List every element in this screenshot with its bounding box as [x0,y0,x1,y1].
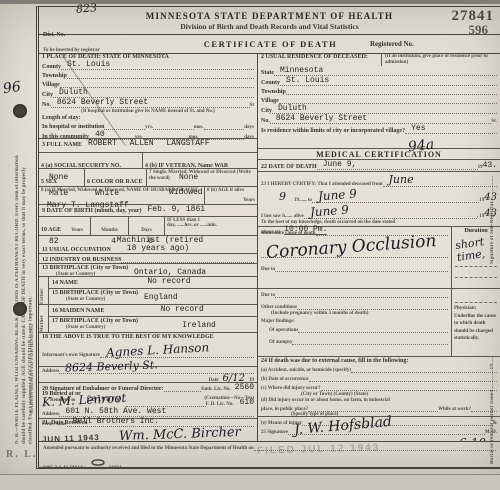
village-line [60,80,254,88]
date-received-label: 21. Date Received [42,420,87,426]
res-city-label: City [261,108,272,114]
age-years-cell: 10 AGE Years 82 [39,217,91,235]
res-city-value: Duluth [278,105,307,113]
sub-registrar-margin-label: Signature of Sub-Registrar..............… [490,64,499,264]
race-cell: 6 COLOR OR RACE White [85,169,147,186]
external-c-note: (City or Town) (County) (State) [301,392,368,397]
father-side-label-cell: Father [39,277,49,304]
date-received-stamp: JUN 11 1943 [42,433,100,441]
township-line [67,71,254,79]
right-column: 2 USUAL RESIDENCE OF DECEASED: (If an in… [258,53,500,441]
mother-section: Mother 16 MAIDEN NAME No record 17 BIRTH… [39,305,257,333]
form-header: MINNESOTA STATE DEPARTMENT OF HEALTH Div… [39,7,500,34]
marital-cell: 7 Single, Married, Widowed or Divorced (… [147,169,257,186]
other-conditions-label: Other conditions [261,305,297,310]
res-street-value: 8624 Beverly Street [276,115,367,123]
form-number: 6895-3-6-42-5M bks. [43,466,87,471]
mother-name-label: 16 MAIDEN NAME [52,308,104,314]
certificate-paper: N. B.—WRITE PLAINLY, WITH UNFADING BLACK… [0,4,500,474]
mother-side-label: Mother [40,305,47,332]
father-birthplace-sublabel: (State or Country) [66,297,105,302]
yrs-label: yrs. [145,125,153,130]
informant-section: 18 THE ABOVE IS TRUE TO THE BEST OF MY K… [39,333,257,367]
registrar-signature-line: Wm. McC. Bircher [100,427,254,441]
birthplace-value: Ontario, Canada [134,269,206,277]
printers-union-bug-icon [91,453,105,471]
handwritten-margin-number: 96 [2,79,22,97]
dob-label: 9 DATE OF BIRTH (month, day, year) [42,208,141,214]
knowledge-line: To the best of my knowledge, death occur… [261,220,395,225]
industry-section: 12 INDUSTRY OR BUSINESS [39,254,257,264]
physician-signature-label: 25 Signature [261,430,288,435]
mos-label: mos. [194,125,204,130]
external-d-label3: While at work? [438,407,471,412]
hospital-mos-line [153,122,194,130]
title-row: Dist. No. To be inserted by registrar CE… [39,34,500,54]
spouse-age-unit: Years [243,198,255,203]
community-years-value: 40 [95,131,105,139]
res-state-line: Minnesota [274,67,497,76]
registered-number-label: Registered No. [370,40,500,48]
village-label: Village [42,82,60,88]
punch-hole-top [13,104,27,118]
burial-section: 19 Buried at or Removed to Calvary Date … [39,367,257,383]
informant-signature: Agnes L. Hanson [105,340,209,359]
industry-line [121,255,254,263]
informant-heading: 18 THE ABOVE IS TRUE TO THE BEST OF MY K… [42,334,214,340]
external-heading: 24 If death was due to external cause, f… [261,358,408,364]
medical-certification-heading: MEDICAL CERTIFICATION [258,149,500,159]
birthplace-section: 13 BIRTHPLACE (City or Town) (State or C… [39,264,257,277]
physician-signature: J. W. Hofsblad [293,414,392,438]
mother-name-line: No record [104,306,254,314]
res-state-label: State [261,70,274,76]
emb-lic-line [164,384,202,392]
autopsy-line [292,337,448,345]
embalmer-address-label: Address [42,412,59,417]
dob-value: Feb. 9, 1861 [147,206,205,214]
age-less-cell: IF LESS than 1 day, ......hrs. or ......… [165,217,257,235]
spouse-age-label: 8 (b) AGE if alive [207,188,255,193]
certify-from-line: June [383,173,498,187]
cause-label: Immediate cause of death [261,231,316,236]
department-title: MINNESOTA STATE DEPARTMENT OF HEALTH [39,7,500,21]
dod-label: 22 DATE OF DEATH [261,164,317,170]
full-name-line: ROBERT ALLEN LANGSTAFF [82,140,254,148]
res-state-value: Minnesota [280,67,323,75]
res-limits-label: Is residence within limits of city or in… [261,128,405,134]
mother-birthplace-sublabel: (State or Country) [66,325,105,330]
county-line: St. Louis [61,61,254,70]
external-b-label: (b) Date of occurrence [261,377,309,382]
due-to-label-1: Due to [261,267,275,272]
residence-heading: 2 USUAL RESIDENCE OF DECEASED: [261,54,381,61]
res-county-value: St. Louis [286,77,329,85]
certify-from-month: June [389,173,414,186]
res-village-line [279,96,497,104]
spouse-section: 8 (a) If Married, Widowed or Divorced, N… [39,187,257,205]
date-received-section: 21. Date Received JUN 11 1943 Wm. McC. B… [39,419,257,441]
dod-value: June 9, [323,161,357,169]
mother-birthplace-value: Ireland [182,322,216,330]
length-of-stay-heading: Length of stay: [42,115,81,121]
res-county-line: St. Louis [280,77,497,86]
veteran-cell: 4 (b) IF VETERAN, Name WAR None [143,153,257,168]
external-c-label: (c) Where did injury occur? [261,386,321,391]
certify-to-date: June 9 [317,187,357,204]
emb-lic-label: Emb. Lic. No. [201,387,231,392]
spouse-age-cell: 8 (b) AGE if alive Years [205,187,257,204]
hospital-days-line [204,122,245,130]
res-no-label: No. [261,118,270,124]
external-a-line [351,365,497,373]
operations-line [298,325,448,333]
father-side-label: Father [40,277,47,304]
res-limits-line: Yes [405,125,497,134]
race-label: 6 COLOR OR RACE [87,179,143,185]
operations-label: Of operations [269,328,298,333]
ssn-cell: 4 (a) SOCIAL SECURITY NO. None [39,153,143,168]
left-column: 1 PLACE OF DEATH: STATE OF MINNESOTA Cou… [39,53,258,441]
spouse-label: 8 (a) If Married, Widowed or Divorced, N… [41,188,202,194]
dod-line: June 9, [317,161,478,170]
father-section: Father 14 NAME No record 15 BIRTHPLACE (… [39,277,257,305]
division-subtitle: Division of Birth and Death Records and … [39,22,500,31]
emb-lic-value: 2560 [235,384,254,392]
fd-lic-line [126,399,205,407]
embalmer-section: 20 Signature of Embalmer or Funeral Dire… [39,383,257,419]
scan-backing [0,474,500,490]
father-birthplace-value: England [144,294,178,302]
occupation-section: 11 USUAL OCCUPATION Machinist (retired 1… [39,236,257,254]
occupation-value-line2: 18 years ago) [127,245,189,253]
age-less-label2: day, ......hrs. or ......min. [167,223,255,228]
external-c-line [321,383,497,391]
book-number: 596 [469,22,489,38]
certify-line1: 23 I HEREBY CERTIFY: That I attended dec… [261,182,383,187]
registrar-signature: Wm. McC. Bircher [119,425,241,441]
res-limits-value: Yes [411,125,425,133]
due-to-line-2 [275,290,448,298]
certify-line2: 19....., to [294,198,312,203]
contributory-main: Due to Other conditions (Include pregnan… [258,289,452,356]
days-label: days [244,125,254,130]
mother-birthplace-line: Ireland [138,322,254,330]
rl-stamp: R. L. [6,449,37,460]
cause-main: Immediate cause of death Coronary Occlus… [258,227,452,288]
scanned-death-certificate: N. B.—WRITE PLAINLY, WITH UNFADING BLACK… [0,0,500,490]
place-of-death-section: 1 PLACE OF DEATH: STATE OF MINNESOTA Cou… [39,53,257,139]
fd-lic-label: F. D. Lic. No. [206,402,234,407]
certificate-form: MINNESOTA STATE DEPARTMENT OF HEALTH Div… [36,6,500,469]
informant-signature-line: Agnes L. Hanson [100,343,254,358]
res-city-line: Duluth [272,105,497,114]
external-cause-section: 24 If death was due to external cause, f… [258,357,500,417]
mother-name-value: No record [161,306,204,314]
bottom-strip: Amended pursuant to authority received a… [39,441,500,467]
sex-label: 5 SEX [41,179,57,185]
res-township-line [286,87,497,95]
father-name-value: No record [147,278,190,286]
last-saw-date: June 9 [309,203,349,220]
sex-cell: 5 SEX Male [39,169,85,186]
residence-section: 2 USUAL RESIDENCE OF DECEASED: (If an in… [258,53,500,149]
mother-birthplace-label: 17 BIRTHPLACE (City or Town) [52,318,138,324]
industry-label: 12 INDUSTRY OR BUSINESS [42,257,121,263]
certify-from-day: 9 [279,190,286,203]
marital-label: 7 Single, Married, Widowed or Divorced (… [149,170,255,181]
amended-text: Amended pursuant to authority received a… [43,446,254,451]
other-conditions-line [297,302,448,310]
county-label: County [42,64,61,70]
city-line: Duluth [53,89,254,98]
ssn-veteran-section: 4 (a) SOCIAL SECURITY NO. None 4 (b) IF … [39,153,257,169]
external-b-line [309,374,497,382]
city-label: City [42,92,53,98]
embalmer-address: 601 N. 58th Ave. West [65,408,166,416]
last-saw-line: June 9 [304,204,477,219]
street-line: 8624 Beverly Street [51,99,250,108]
physician-signature-section: 25 Signature J. W. Hofsblad M. D. Addres… [258,417,500,441]
dob-line: Feb. 9, 1861 [141,206,254,214]
informant-signature-label: Informant's own Signature [42,353,100,358]
due-to-label-2: Due to [261,293,275,298]
physician-signature-line: J. W. Hofsblad [288,418,485,435]
occupation-line: Machinist (retired 18 years ago) [111,237,254,253]
spouse-cell: 8 (a) If Married, Widowed or Divorced, N… [39,187,205,204]
external-a-label: (a) Accident, suicide, or homicide (spec… [261,368,351,373]
father-name-label: 14 NAME [52,280,78,286]
res-county-label: County [261,80,280,86]
residence-note: (If an institution, give place of reside… [381,54,497,66]
birthplace-line: Ontario, Canada [128,269,254,277]
date-of-death-section: 22 DATE OF DEATH June 9, 19 43. [258,160,500,172]
due-to-line-1 [275,264,448,272]
last-saw-label: I last saw h...... alive [261,214,304,219]
res-village-label: Village [261,98,279,104]
birthplace-label: 13 BIRTHPLACE (City or Town) [42,265,128,271]
autopsy-label: Of autopsy [269,340,292,345]
form-columns: 1 PLACE OF DEATH: STATE OF MINNESOTA Cou… [39,53,500,441]
medical-certification-heading-section: MEDICAL CERTIFICATION [258,149,500,160]
father-birthplace-line: England [138,294,254,302]
burial-permit-margin-label: Burial or removal permit issued.........… [490,274,499,464]
print-number: 11874 [109,466,121,471]
mother-side-label-cell: Mother [39,305,49,332]
city-value: Duluth [59,89,88,97]
embalmer-address-line: 601 N. 58th Ave. West [59,408,254,417]
age-months-label: Months [101,228,117,233]
certify-to-line: June 9 [312,188,479,203]
street-number-label: No. [42,102,51,108]
certificate-title: CERTIFICATE OF DEATH [171,39,370,49]
punch-hole-bottom [13,302,27,316]
occupation-label: 11 USUAL OCCUPATION [42,247,111,253]
street-value: 8624 Beverly Street [57,99,148,107]
father-birthplace-label: 15 BIRTHPLACE (City or Town) [52,290,138,296]
age-section: 10 AGE Years 82 Months 4 Days 0 [39,217,257,236]
external-d-line [308,404,438,412]
certify-section: 23 I HEREBY CERTIFY: That I attended dec… [258,172,500,227]
res-township-label: Township [261,89,286,95]
res-street-line: 8624 Beverly Street [270,115,491,124]
age-days-cell: Days 0 [129,217,165,235]
father-name-line: No record [78,278,254,286]
age-years-label: Years [71,228,83,233]
contributory-section: Due to Other conditions (Include pregnan… [258,289,500,357]
age-days-label: Days [141,228,152,233]
full-name-value: ROBERT ALLEN LANGSTAFF [88,140,210,148]
fd-lic-value: 610 [240,399,254,407]
major-findings-label: Major findings: [261,319,295,324]
age-months-cell: Months 4 [91,217,129,235]
cause-duration-section: Immediate cause of death Coronary Occlus… [258,227,500,289]
age-label: 10 AGE [41,227,61,233]
street-suffix: St [250,103,254,108]
township-label: Township [42,73,67,79]
date-of-birth-section: 9 DATE OF BIRTH (month, day, year) Feb. … [39,205,257,217]
full-name-section: 3 FULL NAME ROBERT ALLEN LANGSTAFF [39,139,257,153]
full-name-label: 3 FULL NAME [42,142,82,148]
other-conditions-note: (Include pregnancy within 3 months of de… [271,311,368,316]
county-value: St. Louis [67,61,110,69]
external-d-label1: (d) Did injury occur in or about home, o… [261,398,390,403]
sex-race-marital-section: 5 SEX Male 6 COLOR OR RACE White 7 Singl… [39,169,257,187]
